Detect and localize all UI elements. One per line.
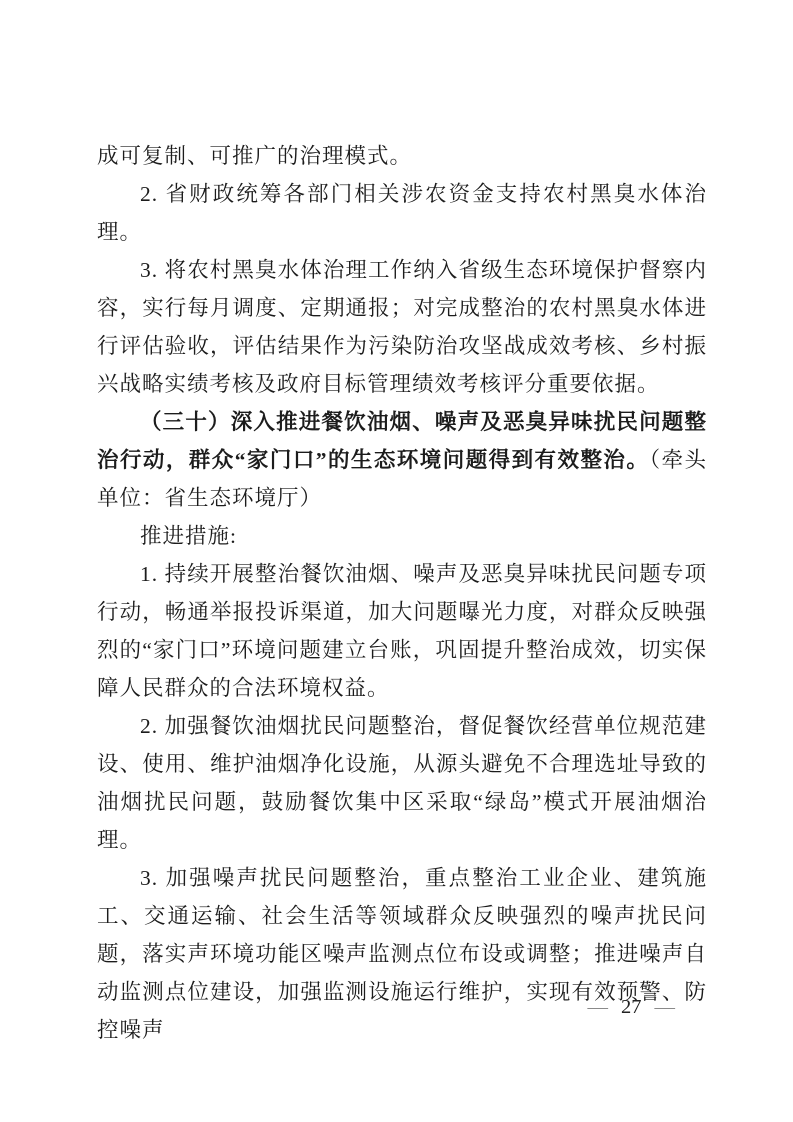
paragraph: 2. 省财政统筹各部门相关涉农资金支持农村黑臭水体治理。	[97, 175, 707, 251]
footer-dash-right: —	[655, 993, 676, 1021]
document-body: 成可复制、可推广的治理模式。2. 省财政统筹各部门相关涉农资金支持农村黑臭水体治…	[97, 137, 707, 1049]
body-text: 成可复制、可推广的治理模式。	[97, 144, 412, 168]
body-text: 1. 持续开展整治餐饮油烟、噪声及恶臭异味扰民问题专项行动，畅通举报投诉渠道，加…	[97, 562, 707, 700]
page-footer: — 27 —	[588, 993, 676, 1021]
paragraph: 推进措施:	[97, 517, 707, 555]
paragraph: 1. 持续开展整治餐饮油烟、噪声及恶臭异味扰民问题专项行动，畅通举报投诉渠道，加…	[97, 555, 707, 707]
body-text: 推进措施:	[140, 524, 237, 548]
page-number: 27	[621, 993, 642, 1021]
paragraph: 成可复制、可推广的治理模式。	[97, 137, 707, 175]
footer-dash-left: —	[588, 993, 609, 1021]
body-text: 2. 加强餐饮油烟扰民问题整治，督促餐饮经营单位规范建设、使用、维护油烟净化设施…	[97, 714, 707, 852]
body-text: 2. 省财政统筹各部门相关涉农资金支持农村黑臭水体治理。	[97, 182, 707, 244]
body-text: 3. 将农村黑臭水体治理工作纳入省级生态环境保护督察内容，实行每月调度、定期通报…	[97, 258, 707, 396]
heading-bold-text: （三十）深入推进餐饮油烟、噪声及恶臭异味扰民问题整治行动，群众“家门口”的生态环…	[97, 410, 707, 472]
document-page: 成可复制、可推广的治理模式。2. 省财政统筹各部门相关涉农资金支持农村黑臭水体治…	[0, 0, 793, 1122]
paragraph: 3. 将农村黑臭水体治理工作纳入省级生态环境保护督察内容，实行每月调度、定期通报…	[97, 251, 707, 403]
paragraph: 2. 加强餐饮油烟扰民问题整治，督促餐饮经营单位规范建设、使用、维护油烟净化设施…	[97, 707, 707, 859]
section-heading: （三十）深入推进餐饮油烟、噪声及恶臭异味扰民问题整治行动，群众“家门口”的生态环…	[97, 403, 707, 517]
